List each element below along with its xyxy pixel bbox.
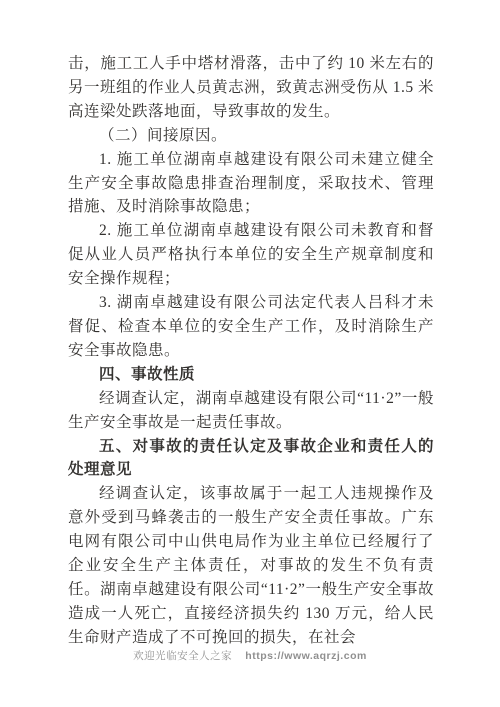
paragraph: 击，施工工人手中塔材滑落，击中了约 10 米左右的另一班组的作业人员黄志洲，致黄… — [68, 52, 434, 124]
paragraph: 3. 湖南卓越建设有限公司法定代表人吕科才未督促、检查本单位的安全生产工作，及时… — [68, 291, 434, 363]
paragraph: （二）间接原因。 — [68, 124, 434, 148]
paragraph: 2. 施工单位湖南卓越建设有限公司未教育和督促从业人员严格执行本单位的安全生产规… — [68, 219, 434, 291]
footer-site-name: 欢迎光临安全人之家 — [133, 651, 232, 662]
paragraph: 经调查认定，湖南卓越建设有限公司“11·2”一般生产安全事故是一起责任事故。 — [68, 387, 434, 435]
footer-site-url: https://www.aqrzj.com — [245, 650, 367, 662]
document-page: 击，施工工人手中塔材滑落，击中了约 10 米左右的另一班组的作业人员黄志洲，致黄… — [0, 0, 500, 707]
document-body: 击，施工工人手中塔材滑落，击中了约 10 米左右的另一班组的作业人员黄志洲，致黄… — [68, 52, 434, 650]
paragraph: 经调查认定，该事故属于一起工人违规操作及意外受到马蜂袭击的一般生产安全责任事故。… — [68, 482, 434, 649]
section-heading: 四、事故性质 — [68, 363, 434, 387]
page-footer: 欢迎光临安全人之家 https://www.aqrzj.com — [0, 648, 500, 663]
section-heading: 五、对事故的责任认定及事故企业和责任人的处理意见 — [68, 435, 434, 483]
paragraph: 1. 施工单位湖南卓越建设有限公司未建立健全生产安全事故隐患排查治理制度，采取技… — [68, 148, 434, 220]
